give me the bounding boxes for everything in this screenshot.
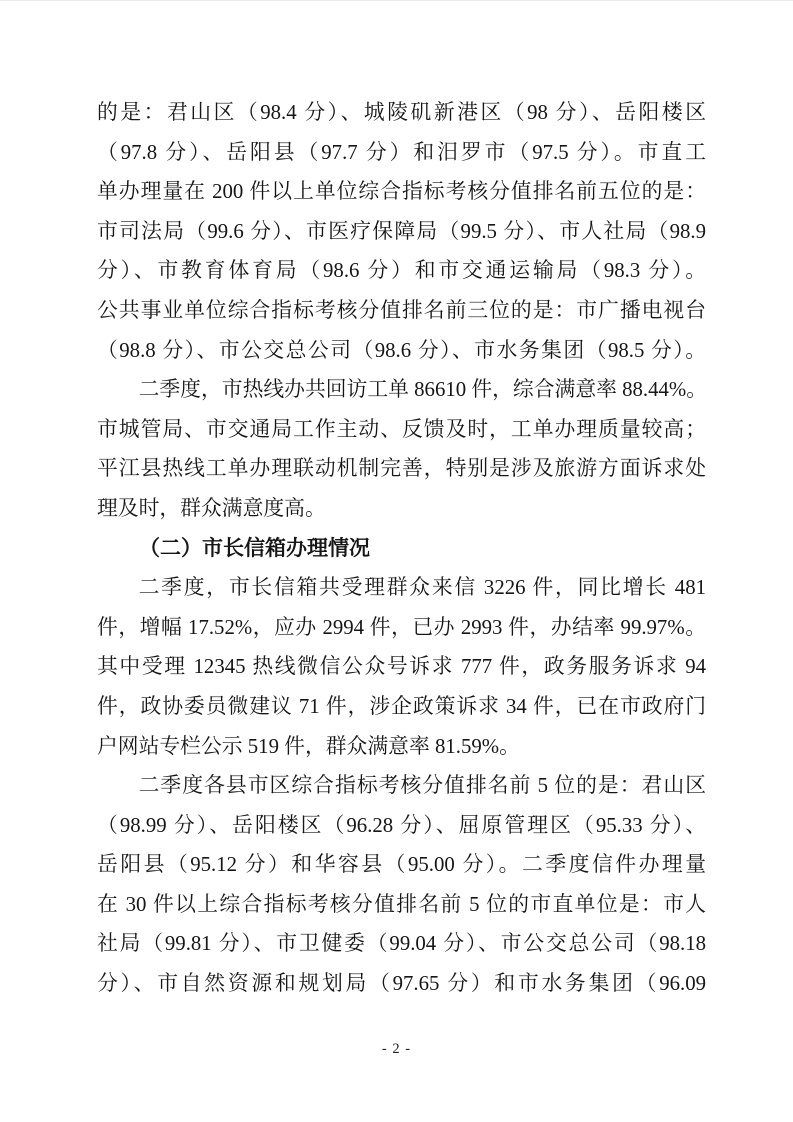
body-line: 二季度，市热线办共回访工单 86610 件，综合满意率 88.44%。 [97, 370, 706, 410]
body-line: 分）、市教育体育局（98.6 分）和市交通运输局（98.3 分）。 [97, 251, 706, 291]
body-line: 公共事业单位综合指标考核分值排名前三位的是：市广播电视台 [97, 291, 706, 331]
body-line: 的是：君山区（98.4 分）、城陵矶新港区（98 分）、岳阳楼区 [97, 93, 706, 133]
body-line: （98.8 分）、市公交总公司（98.6 分）、市水务集团（98.5 分）。 [97, 331, 706, 371]
body-line: 岳阳县（95.12 分）和华容县（95.00 分）。二季度信件办理量 [97, 845, 706, 885]
document-page: 的是：君山区（98.4 分）、城陵矶新港区（98 分）、岳阳楼区 （97.8 分… [0, 0, 793, 1122]
body-line: 件，增幅 17.52%，应办 2994 件，已办 2993 件，办结率 99.9… [97, 608, 706, 648]
body-line: 户网站专栏公示 519 件，群众满意率 81.59%。 [97, 727, 706, 767]
body-line: 二季度，市长信箱共受理群众来信 3226 件，同比增长 481 [97, 568, 706, 608]
body-line: 其中受理 12345 热线微信公众号诉求 777 件，政务服务诉求 94 [97, 647, 706, 687]
section-heading: （二）市长信箱办理情况 [97, 529, 706, 569]
body-line: 二季度各县市区综合指标考核分值排名前 5 位的是：君山区 [97, 766, 706, 806]
body-line: 平江县热线工单办理联动机制完善，特别是涉及旅游方面诉求处 [97, 449, 706, 489]
body-line: 件，政协委员微建议 71 件，涉企政策诉求 34 件，已在市政府门 [97, 687, 706, 727]
body-line: 社局（99.81 分）、市卫健委（99.04 分）、市公交总公司（98.18 [97, 924, 706, 964]
body-line: （98.99 分）、岳阳楼区（96.28 分）、屈原管理区（95.33 分）、 [97, 806, 706, 846]
document-body: 的是：君山区（98.4 分）、城陵矶新港区（98 分）、岳阳楼区 （97.8 分… [97, 93, 706, 1004]
body-line: 理及时，群众满意度高。 [97, 489, 706, 529]
body-line: 市司法局（99.6 分）、市医疗保障局（99.5 分）、市人社局（98.9 [97, 212, 706, 252]
body-line: 市城管局、市交通局工作主动、反馈及时，工单办理质量较高； [97, 410, 706, 450]
body-line: 单办理量在 200 件以上单位综合指标考核分值排名前五位的是： [97, 172, 706, 212]
body-line: （97.8 分）、岳阳县（97.7 分）和汨罗市（97.5 分）。市直工 [97, 133, 706, 173]
body-line: 分）、市自然资源和规划局（97.65 分）和市水务集团（96.09 [97, 964, 706, 1004]
page-number: - 2 - [0, 1041, 793, 1058]
body-line: 在 30 件以上综合指标考核分值排名前 5 位的市直单位是：市人 [97, 885, 706, 925]
